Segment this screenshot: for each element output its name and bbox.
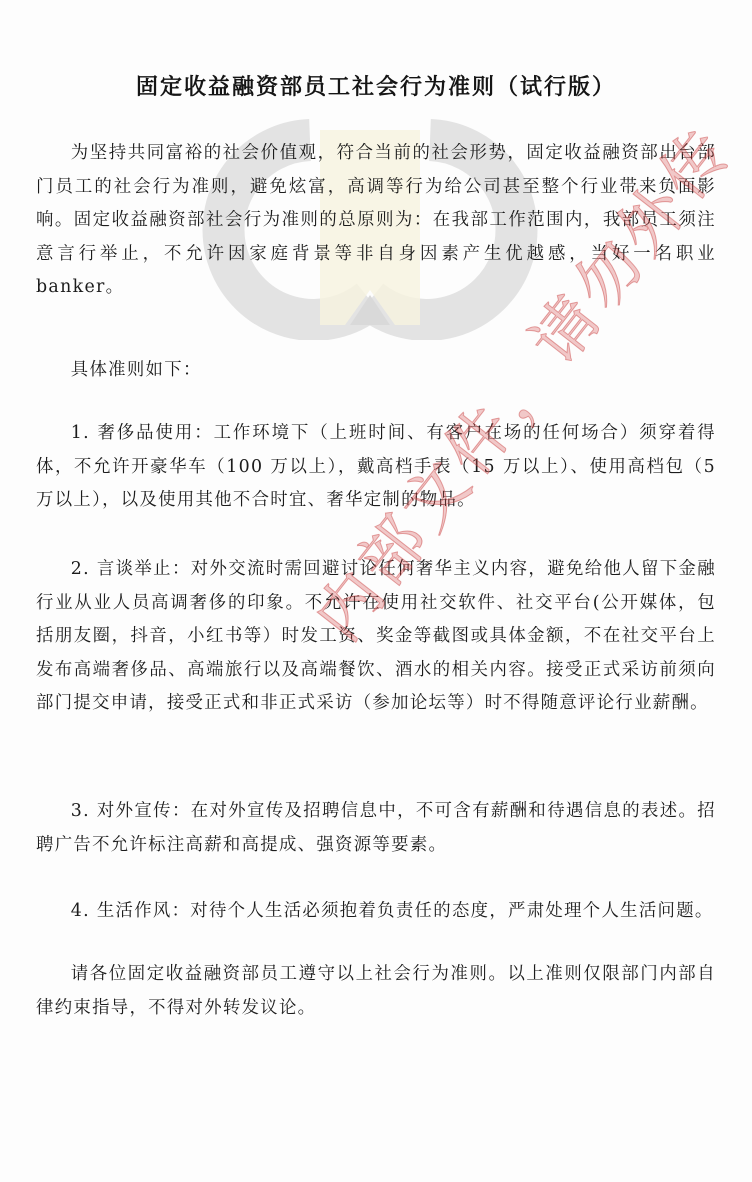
rule-item-lifestyle: 4. 生活作风：对待个人生活必须抱着负责任的态度，严肃处理个人生活问题。: [36, 895, 716, 929]
document-page: 固定收益融资部员工社会行为准则（试行版） 为坚持共同富裕的社会价值观，符合当前的…: [0, 0, 752, 1182]
document-title: 固定收益融资部员工社会行为准则（试行版）: [0, 70, 752, 101]
rule-item-external-publicity: 3. 对外宣传：在对外宣传及招聘信息中，不可含有薪酬和待遇信息的表述。招聘广告不…: [36, 795, 716, 862]
closing-paragraph: 请各位固定收益融资部员工遵守以上社会行为准则。以上准则仅限部门内部自律约束指导，…: [36, 958, 716, 1025]
rules-heading: 具体准则如下：: [36, 354, 716, 388]
